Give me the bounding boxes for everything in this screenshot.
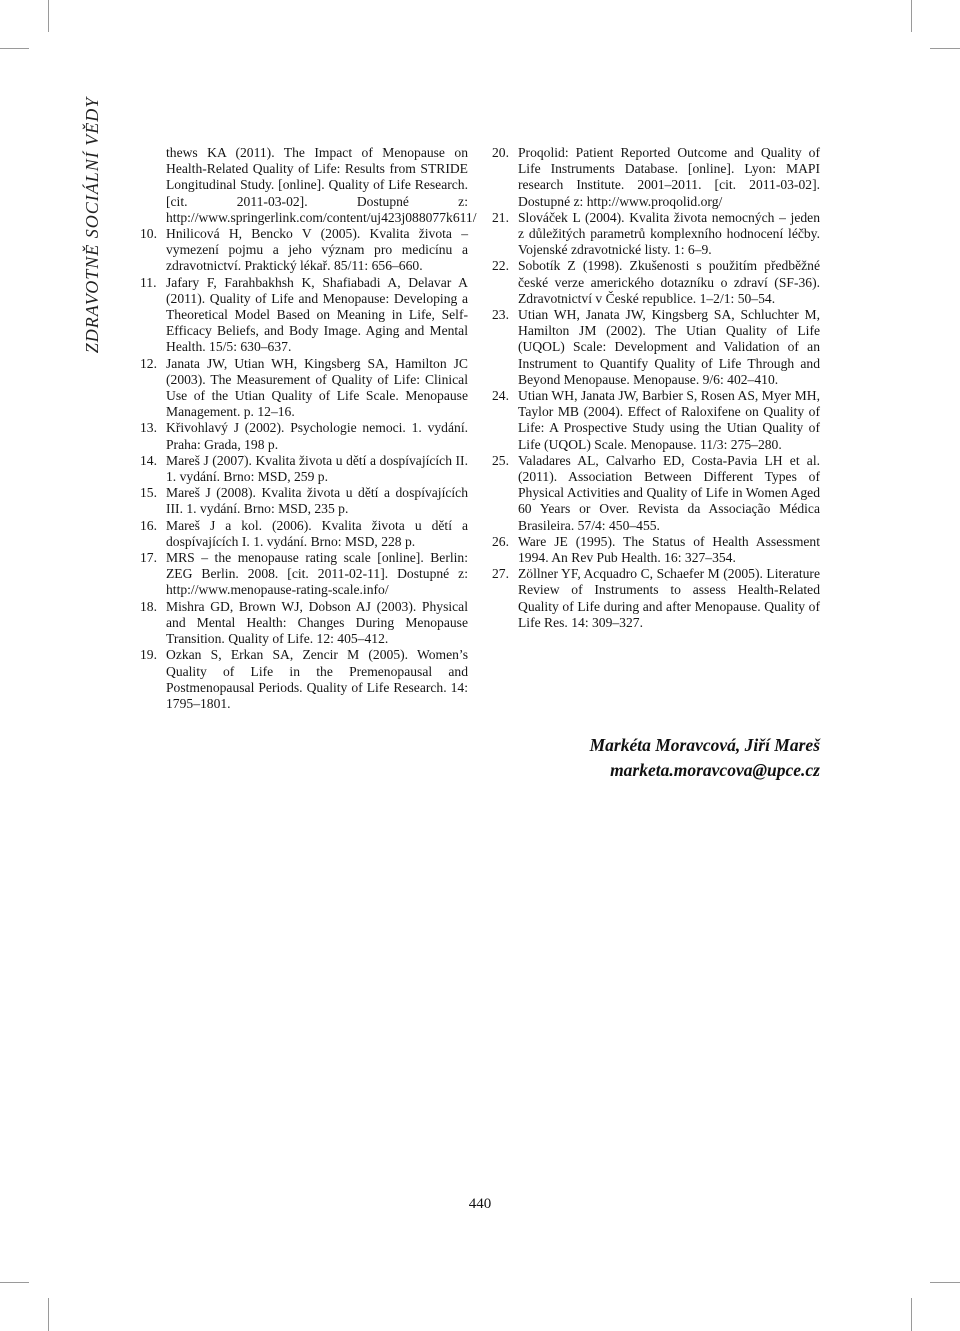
reference-item: 16.Mareš J a kol. (2006). Kvalita života… <box>140 518 468 550</box>
crop-mark-bottom-left-horizontal <box>0 1282 29 1283</box>
reference-item: 14.Mareš J (2007). Kvalita života u dětí… <box>140 453 468 485</box>
reference-item: 27.Zöllner YF, Acquadro C, Schaefer M (2… <box>492 566 820 631</box>
references-right-column: 20.Proqolid: Patient Reported Outcome an… <box>492 145 820 631</box>
reference-item: 25.Valadares AL, Calvarho ED, Costa-Pavi… <box>492 453 820 534</box>
reference-number: 20. <box>492 145 516 161</box>
reference-text: Sobotík Z (1998). Zkušenosti s použitím … <box>518 258 820 305</box>
reference-number: 23. <box>492 307 516 323</box>
reference-text: Slováček L (2004). Kvalita života nemocn… <box>518 210 820 257</box>
reference-item: 19.Ozkan S, Erkan SA, Zencir M (2005). W… <box>140 647 468 712</box>
reference-item: 24.Utian WH, Janata JW, Barbier S, Rosen… <box>492 388 820 453</box>
reference-text: Janata JW, Utian WH, Kingsberg SA, Hamil… <box>166 356 468 420</box>
reference-item: thews KA (2011). The Impact of Menopause… <box>140 145 468 226</box>
reference-item: 23.Utian WH, Janata JW, Kingsberg SA, Sc… <box>492 307 820 388</box>
reference-text: Mareš J (2007). Kvalita života u dětí a … <box>166 453 468 484</box>
reference-item: 22.Sobotík Z (1998). Zkušenosti s použit… <box>492 258 820 307</box>
reference-text: Hnilicová H, Bencko V (2005). Kvalita ži… <box>166 226 468 273</box>
journal-section-label: ZDRAVOTNĚ SOCIÁLNÍ VĚDY <box>82 97 103 354</box>
crop-mark-top-right-horizontal <box>930 48 960 49</box>
reference-number: 27. <box>492 566 516 582</box>
author-email: marketa.moravcova@upce.cz <box>492 758 820 783</box>
reference-number: 16. <box>140 518 164 534</box>
reference-text: Jafary F, Farahbakhsh K, Shafiabadi A, D… <box>166 275 468 355</box>
reference-item: 17.MRS – the menopause rating scale [onl… <box>140 550 468 599</box>
reference-text: Mareš J (2008). Kvalita života u dětí a … <box>166 485 468 516</box>
reference-number: 17. <box>140 550 164 566</box>
reference-number: 26. <box>492 534 516 550</box>
reference-number: 21. <box>492 210 516 226</box>
paper-page: ZDRAVOTNĚ SOCIÁLNÍ VĚDY thews KA (2011).… <box>0 0 960 1331</box>
crop-mark-top-left-vertical <box>48 0 49 32</box>
reference-text: Proqolid: Patient Reported Outcome and Q… <box>518 145 820 209</box>
reference-text: Mareš J a kol. (2006). Kvalita života u … <box>166 518 468 549</box>
reference-text: Křivohlavý J (2002). Psychologie nemoci.… <box>166 420 468 451</box>
crop-mark-bottom-left-vertical <box>48 1298 49 1331</box>
reference-number: 15. <box>140 485 164 501</box>
reference-item: 18.Mishra GD, Brown WJ, Dobson AJ (2003)… <box>140 599 468 648</box>
reference-number: 11. <box>140 275 164 291</box>
crop-mark-top-left-horizontal <box>0 48 29 49</box>
reference-number: 13. <box>140 420 164 436</box>
crop-mark-bottom-right-vertical <box>911 1298 912 1331</box>
author-names: Markéta Moravcová, Jiří Mareš <box>492 733 820 758</box>
reference-text: Ware JE (1995). The Status of Health Ass… <box>518 534 820 565</box>
reference-item: 15.Mareš J (2008). Kvalita života u dětí… <box>140 485 468 517</box>
references-left-column: thews KA (2011). The Impact of Menopause… <box>140 145 468 712</box>
crop-mark-bottom-right-horizontal <box>930 1282 960 1283</box>
reference-item: 26.Ware JE (1995). The Status of Health … <box>492 534 820 566</box>
reference-item: 12.Janata JW, Utian WH, Kingsberg SA, Ha… <box>140 356 468 421</box>
reference-text: Utian WH, Janata JW, Kingsberg SA, Schlu… <box>518 307 820 387</box>
reference-number: 14. <box>140 453 164 469</box>
reference-item: 21.Slováček L (2004). Kvalita života nem… <box>492 210 820 259</box>
reference-text: Ozkan S, Erkan SA, Zencir M (2005). Wome… <box>166 647 468 711</box>
reference-text: Mishra GD, Brown WJ, Dobson AJ (2003). P… <box>166 599 468 646</box>
reference-text: Zöllner YF, Acquadro C, Schaefer M (2005… <box>518 566 820 630</box>
reference-number: 25. <box>492 453 516 469</box>
page-number: 440 <box>0 1196 960 1213</box>
reference-number: 12. <box>140 356 164 372</box>
reference-text: Valadares AL, Calvarho ED, Costa-Pavia L… <box>518 453 820 533</box>
author-signature: Markéta Moravcová, Jiří Mareš marketa.mo… <box>492 733 820 783</box>
reference-number: 10. <box>140 226 164 242</box>
reference-text: thews KA (2011). The Impact of Menopause… <box>166 145 477 225</box>
reference-item: 11.Jafary F, Farahbakhsh K, Shafiabadi A… <box>140 275 468 356</box>
reference-number: 18. <box>140 599 164 615</box>
reference-text: Utian WH, Janata JW, Barbier S, Rosen AS… <box>518 388 820 452</box>
crop-mark-top-right-vertical <box>911 0 912 32</box>
reference-number: 24. <box>492 388 516 404</box>
reference-item: 13.Křivohlavý J (2002). Psychologie nemo… <box>140 420 468 452</box>
reference-number: 19. <box>140 647 164 663</box>
reference-item: 20.Proqolid: Patient Reported Outcome an… <box>492 145 820 210</box>
reference-text: MRS – the menopause rating scale [online… <box>166 550 468 597</box>
reference-item: 10.Hnilicová H, Bencko V (2005). Kvalita… <box>140 226 468 275</box>
reference-number: 22. <box>492 258 516 274</box>
